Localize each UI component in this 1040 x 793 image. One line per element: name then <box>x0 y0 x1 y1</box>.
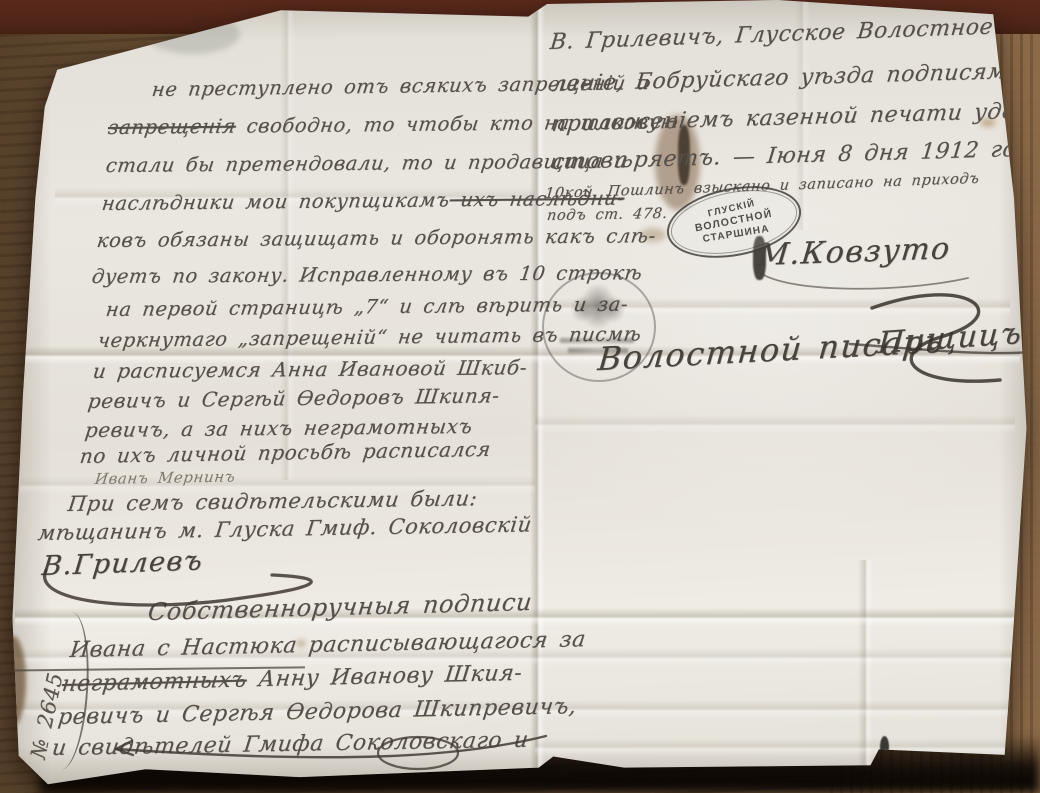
handwritten-line: приложеніемъ казенной печати удо- <box>551 99 1026 137</box>
clerk-signature-paraph <box>848 282 1038 412</box>
photograph-of-archival-document: не преступлено отъ всякихъ запрещеній из… <box>0 0 1040 793</box>
document-sheet: не преступлено отъ всякихъ запрещеній из… <box>0 0 1040 793</box>
seal-text-smudge <box>560 338 634 343</box>
witness-signature-flourish <box>34 548 364 618</box>
handwritten-line: стовѣряетъ. — Іюня 8 дня 1912 года. — <box>551 135 1040 175</box>
paper-surface: не преступлено отъ всякихъ запрещеній из… <box>0 0 1040 793</box>
double-headed-eagle-emblem <box>570 284 626 340</box>
seal-text-smudge <box>568 348 628 353</box>
oval-stamp-line3: СТАРШИНА <box>702 224 771 247</box>
handwritten-line: леніе, Бобруйскаго уѣзда подписями и <box>551 58 1040 97</box>
handwritten-line: В. Грилевичъ, Глусское Волостное Прав- <box>549 12 1040 55</box>
elder-signature-underline <box>756 268 976 298</box>
handwritten-line: подъ ст. 478. <box>546 206 669 224</box>
elder-signature: М.Ковзуто <box>756 231 952 273</box>
official-round-seal <box>542 272 656 382</box>
bottom-arrow-flourish <box>88 728 558 776</box>
oval-stamp-line1: ГЛУСКІЙ <box>707 198 757 220</box>
